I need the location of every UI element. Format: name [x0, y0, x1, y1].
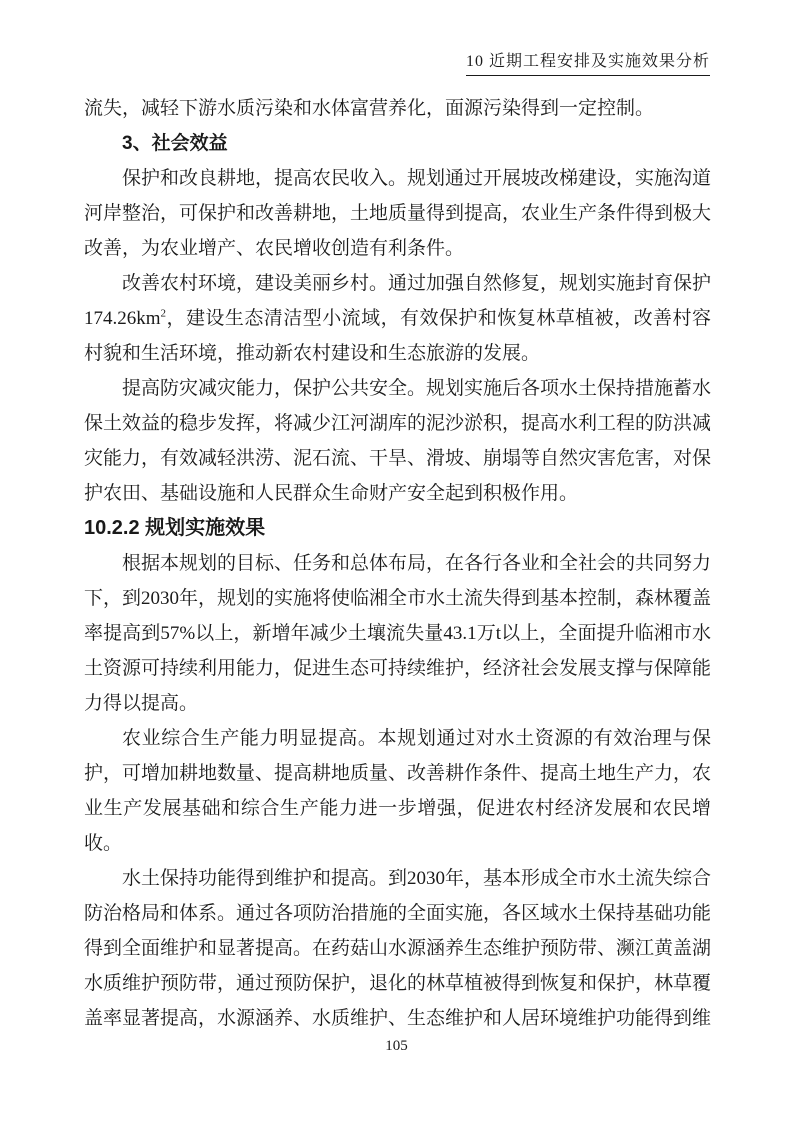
paragraph-rural-environment-text-post: ，建设生态清洁型小流域，有效保护和恢复林草植被，改善村容村貌和生活环境，推动新农… [84, 308, 711, 364]
heading-social-benefit: 3、社会效益 [84, 126, 711, 161]
page-number: 105 [385, 1038, 408, 1054]
paragraph-rural-environment: 改善农村环境，建设美丽乡村。通过加强自然修复，规划实施封育保护174.26km2… [84, 266, 711, 371]
page-footer: 105 [0, 1036, 793, 1056]
paragraph-overall-effect: 根据本规划的目标、任务和总体布局，在各行各业和全社会的共同努力下，到2030年，… [84, 546, 711, 721]
paragraph-farmland-income: 保护和改良耕地，提高农民收入。规划通过开展坡改梯建设，实施沟道河岸整治，可保护和… [84, 161, 711, 266]
page-header: 10 近期工程安排及实施效果分析 [84, 52, 710, 76]
heading-plan-implementation-effect: 10.2.2 规划实施效果 [84, 511, 711, 546]
paragraph-agriculture-capacity: 农业综合生产能力明显提高。本规划通过对水土资源的有效治理与保护，可增加耕地数量、… [84, 721, 711, 861]
document-body: 流失，减轻下游水质污染和水体富营养化，面源污染得到一定控制。 3、社会效益 保护… [84, 91, 711, 1036]
document-page: 10 近期工程安排及实施效果分析 流失，减轻下游水质污染和水体富营养化，面源污染… [0, 0, 793, 1122]
paragraph-disaster-prevention: 提高防灾减灾能力，保护公共安全。规划实施后各项水土保持措施蓄水保土效益的稳步发挥… [84, 371, 711, 511]
paragraph-soil-water-function: 水土保持功能得到维护和提高。到2030年，基本形成全市水土流失综合防治格局和体系… [84, 861, 711, 1036]
running-header-title: 10 近期工程安排及实施效果分析 [466, 52, 710, 76]
paragraph-runoff-control-continuation: 流失，减轻下游水质污染和水体富营养化，面源污染得到一定控制。 [84, 91, 711, 126]
